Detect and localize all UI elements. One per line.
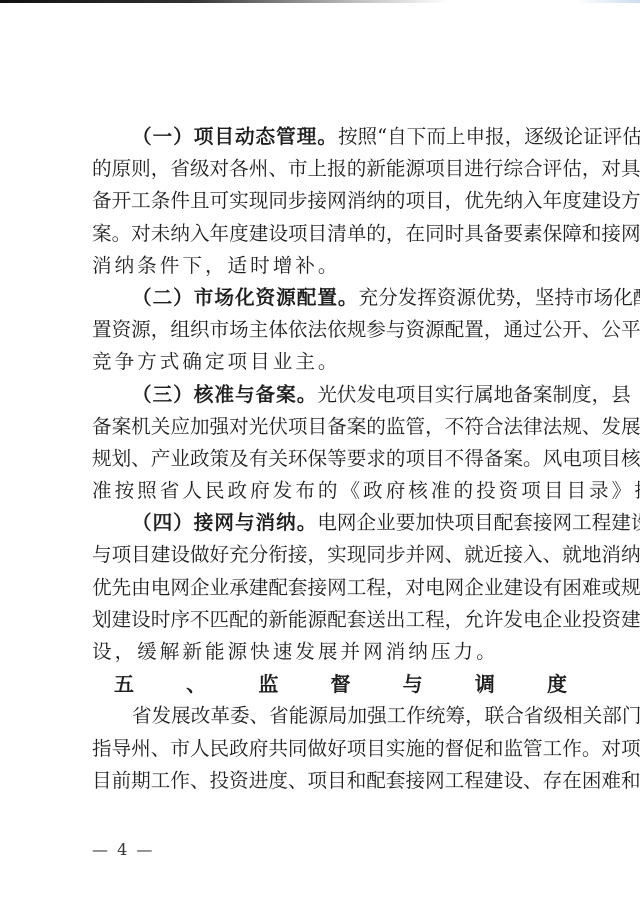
section-heading-supervision-and-scheduling: 五、监督与调度 [92, 668, 568, 700]
paragraph-1-line-4: 案。对未纳入年度建设项目清单的，在同时具备要素保障和接网 [92, 218, 568, 250]
paragraph-1-line-2: 的原则，省级对各州、市上报的新能源项目进行综合评估，对具 [92, 153, 568, 185]
paragraph-4-line-1: （四）接网与消纳。电网企业要加快项目配套接网工程建设， [92, 507, 568, 539]
paragraph-1-line-3: 备开工条件且可实现同步接网消纳的项目，优先纳入年度建设方 [92, 185, 568, 217]
document-page-body: （一）项目动态管理。按照“自下而上申报，逐级论证评估” 的原则，省级对各州、市上… [92, 121, 568, 797]
section-paragraph-line-3: 目前期工作、投资进度、项目和配套接网工程建设、存在困难和 [92, 765, 568, 797]
subheading-grid-connection-and-consumption: （四）接网与消纳。 [132, 511, 317, 534]
paragraph-4-line-3: 优先由电网企业承建配套接网工程，对电网企业建设有困难或规 [92, 572, 568, 604]
paragraph-3-line-3: 规划、产业政策及有关环保等要求的项目不得备案。风电项目核 [92, 443, 568, 475]
paragraph-4-line-2: 与项目建设做好充分衔接，实现同步并网、就近接入、就地消纳。 [92, 539, 568, 571]
paragraph-1-line-1: （一）项目动态管理。按照“自下而上申报，逐级论证评估” [92, 121, 568, 153]
paragraph-2-line-3: 竞争方式确定项目业主。 [92, 346, 568, 378]
paragraph-1-line-5: 消纳条件下，适时增补。 [92, 250, 568, 282]
subheading-project-dynamic-management: （一）项目动态管理。 [132, 125, 338, 148]
paragraph-text: 电网企业要加快项目配套接网工程建设， [317, 511, 640, 534]
scan-edge-shadow [0, 0, 640, 3]
paragraph-3-line-2: 备案机关应加强对光伏项目备案的监管，不符合法律法规、发展 [92, 411, 568, 443]
subheading-market-resource-allocation: （二）市场化资源配置。 [132, 286, 359, 309]
paragraph-text: 按照“自下而上申报，逐级论证评估” [338, 125, 640, 148]
section-paragraph-line-2: 指导州、市人民政府共同做好项目实施的督促和监管工作。对项 [92, 733, 568, 765]
paragraph-3-line-4: 准按照省人民政府发布的《政府核准的投资项目目录》执行。 [92, 475, 568, 507]
paragraph-3-line-1: （三）核准与备案。光伏发电项目实行属地备案制度，县（区） [92, 379, 568, 411]
page-number: — 4 — [92, 840, 154, 859]
paragraph-2-line-1: （二）市场化资源配置。充分发挥资源优势，坚持市场化配 [92, 282, 568, 314]
paragraph-text: 充分发挥资源优势，坚持市场化配 [359, 286, 640, 309]
paragraph-2-line-2: 置资源，组织市场主体依法依规参与资源配置，通过公开、公平 [92, 314, 568, 346]
paragraph-4-line-5: 设，缓解新能源快速发展并网消纳压力。 [92, 636, 568, 668]
paragraph-4-line-4: 划建设时序不匹配的新能源配套送出工程，允许发电企业投资建 [92, 604, 568, 636]
section-paragraph-line-1: 省发展改革委、省能源局加强工作统筹，联合省级相关部门， [92, 700, 568, 732]
subheading-approval-and-filing: （三）核准与备案。 [132, 383, 317, 406]
paragraph-text: 光伏发电项目实行属地备案制度，县（区） [317, 383, 640, 406]
